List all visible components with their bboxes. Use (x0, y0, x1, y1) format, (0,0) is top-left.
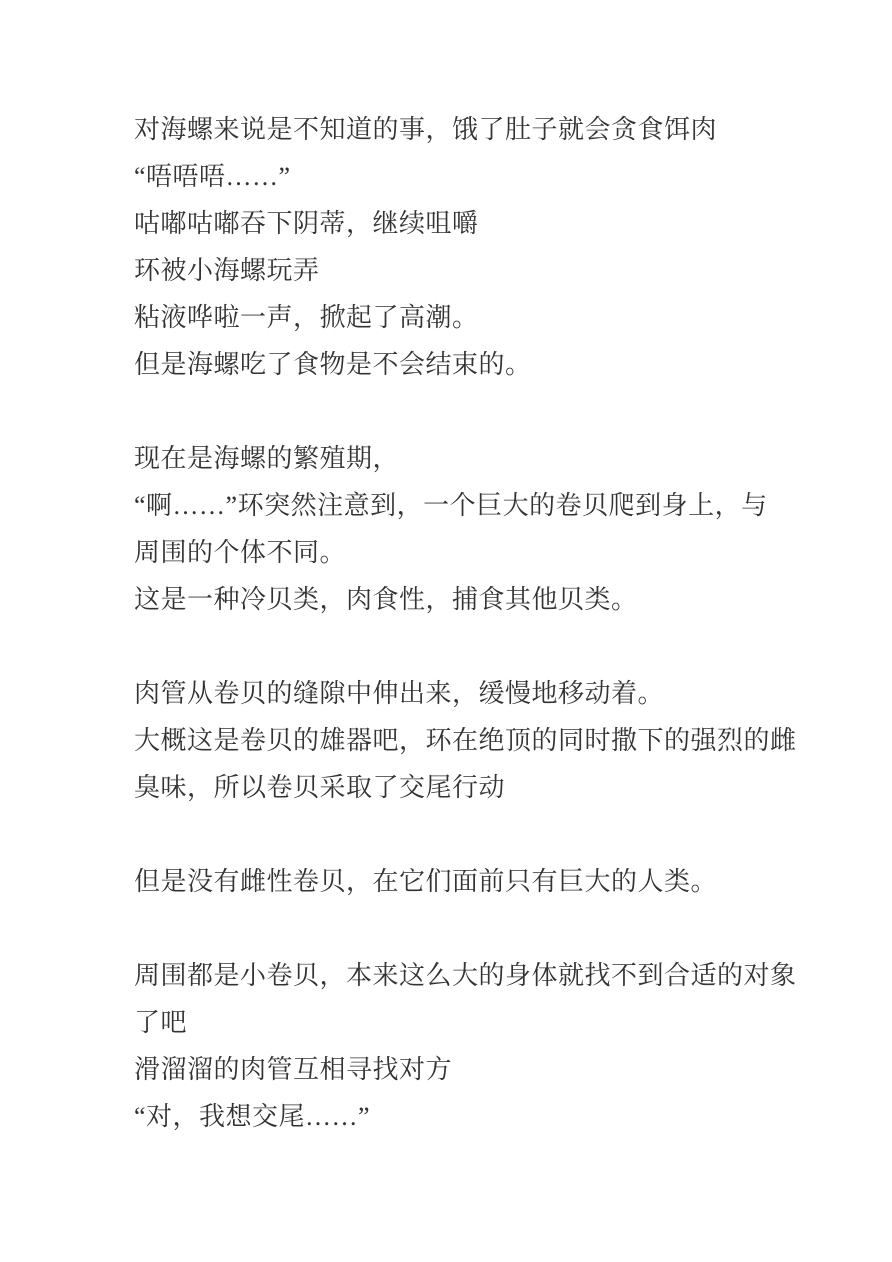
reader-page: 对海螺来说是不知道的事，饿了肚子就会贪食饵肉“唔唔唔……”咕嘟咕嘟吞下阴蒂，继续… (0, 0, 892, 1262)
text-line: 咕嘟咕嘟吞下阴蒂，继续咀嚼 (134, 200, 764, 247)
text-line: 现在是海螺的繁殖期， (134, 435, 764, 482)
text-line: 粘液哗啦一声，掀起了高潮。 (134, 294, 764, 341)
paragraph: 肉管从卷贝的缝隙中伸出来，缓慢地移动着。大概这是卷贝的雄器吧，环在绝顶的同时撒下… (134, 670, 764, 811)
text-line: 对海螺来说是不知道的事，饿了肚子就会贪食饵肉 (134, 106, 764, 153)
text-line: 周围的个体不同。 (134, 529, 764, 576)
text-line: 但是没有雌性卷贝，在它们面前只有巨大的人类。 (134, 858, 764, 905)
paragraph: 周围都是小卷贝，本来这么大的身体就找不到合适的对象了吧滑溜溜的肉管互相寻找对方“… (134, 952, 764, 1140)
text-line: 肉管从卷贝的缝隙中伸出来，缓慢地移动着。 (134, 670, 764, 717)
text-line: 环被小海螺玩弄 (134, 247, 764, 294)
paragraph: 现在是海螺的繁殖期，“啊……”环突然注意到，一个巨大的卷贝爬到身上，与周围的个体… (134, 435, 764, 623)
text-line: 大概这是卷贝的雄器吧，环在绝顶的同时撒下的强烈的雌 (134, 717, 764, 764)
text-line: “啊……”环突然注意到，一个巨大的卷贝爬到身上，与 (134, 482, 764, 529)
text-line: 但是海螺吃了食物是不会结束的。 (134, 341, 764, 388)
story-text: 对海螺来说是不知道的事，饿了肚子就会贪食饵肉“唔唔唔……”咕嘟咕嘟吞下阴蒂，继续… (134, 106, 764, 1140)
text-line: 臭味，所以卷贝采取了交尾行动 (134, 764, 764, 811)
text-line: “对，我想交尾……” (134, 1093, 764, 1140)
paragraph: 但是没有雌性卷贝，在它们面前只有巨大的人类。 (134, 858, 764, 905)
paragraph: 对海螺来说是不知道的事，饿了肚子就会贪食饵肉“唔唔唔……”咕嘟咕嘟吞下阴蒂，继续… (134, 106, 764, 388)
text-line: 了吧 (134, 999, 764, 1046)
text-line: “唔唔唔……” (134, 153, 764, 200)
text-line: 滑溜溜的肉管互相寻找对方 (134, 1046, 764, 1093)
text-line: 这是一种冷贝类，肉食性，捕食其他贝类。 (134, 576, 764, 623)
text-line: 周围都是小卷贝，本来这么大的身体就找不到合适的对象 (134, 952, 764, 999)
